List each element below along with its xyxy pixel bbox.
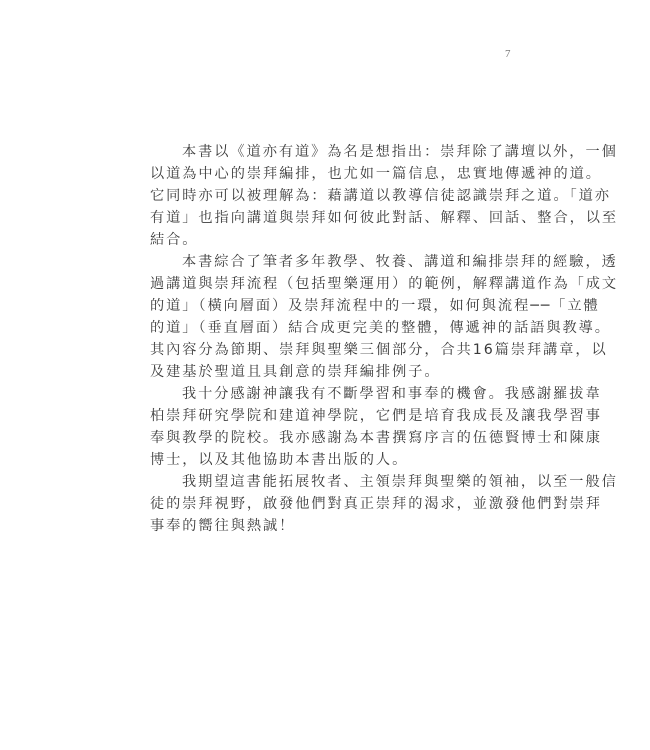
body-text: 本書以《道亦有道》為名是想指出：崇拜除了講壇以外，一個 以道為中心的崇拜編排，也… (150, 141, 510, 537)
text-line: 有道」也指向講道與崇拜如何彼此對話、解釋、回話、整合，以至 (150, 207, 510, 229)
paragraph-2: 本書綜合了筆者多年教學、牧養、講道和編排崇拜的經驗，透 過講道與崇拜流程（包括聖… (150, 251, 510, 383)
text-line: 其內容分為節期、崇拜與聖樂三個部分，合共16篇崇拜講章，以 (150, 339, 510, 361)
text-line: 奉與教學的院校。我亦感謝為本書撰寫序言的伍德賢博士和陳康 (150, 427, 510, 449)
text-line: 我十分感謝神讓我有不斷學習和事奉的機會。我感謝羅拔韋 (150, 383, 510, 405)
text-line: 博士，以及其他協助本書出版的人。 (150, 449, 510, 471)
text-line: 過講道與崇拜流程（包括聖樂運用）的範例，解釋講道作為「成文 (150, 273, 510, 295)
text-line: 柏崇拜研究學院和建道神學院，它們是培育我成長及讓我學習事 (150, 405, 510, 427)
text-line: 以道為中心的崇拜編排，也尤如一篇信息，忠實地傳遞神的道。 (150, 163, 510, 185)
paragraph-3: 我十分感謝神讓我有不斷學習和事奉的機會。我感謝羅拔韋 柏崇拜研究學院和建道神學院… (150, 383, 510, 471)
text-line: 本書以《道亦有道》為名是想指出：崇拜除了講壇以外，一個 (150, 141, 510, 163)
paragraph-1: 本書以《道亦有道》為名是想指出：崇拜除了講壇以外，一個 以道為中心的崇拜編排，也… (150, 141, 510, 251)
text-line: 徒的崇拜視野，啟發他們對真正崇拜的渴求，並激發他們對崇拜 (150, 493, 510, 515)
text-line: 的道」（橫向層面）及崇拜流程中的一環，如何與流程──「立體 (150, 295, 510, 317)
text-line: 本書綜合了筆者多年教學、牧養、講道和編排崇拜的經驗，透 (150, 251, 510, 273)
paragraph-4: 我期望這書能拓展牧者、主領崇拜與聖樂的領袖，以至一般信 徒的崇拜視野，啟發他們對… (150, 471, 510, 537)
text-line: 及建基於聖道且具創意的崇拜編排例子。 (150, 361, 510, 383)
text-line: 它同時亦可以被理解為：藉講道以教導信徒認識崇拜之道。「道亦 (150, 185, 510, 207)
text-line: 的道」（垂直層面）結合成更完美的整體，傳遞神的話語與教導。 (150, 317, 510, 339)
text-line: 結合。 (150, 229, 510, 251)
text-line: 我期望這書能拓展牧者、主領崇拜與聖樂的領袖，以至一般信 (150, 471, 510, 493)
page-number: 7 (505, 48, 517, 60)
text-line: 事奉的嚮往與熱誠！ (150, 515, 510, 537)
